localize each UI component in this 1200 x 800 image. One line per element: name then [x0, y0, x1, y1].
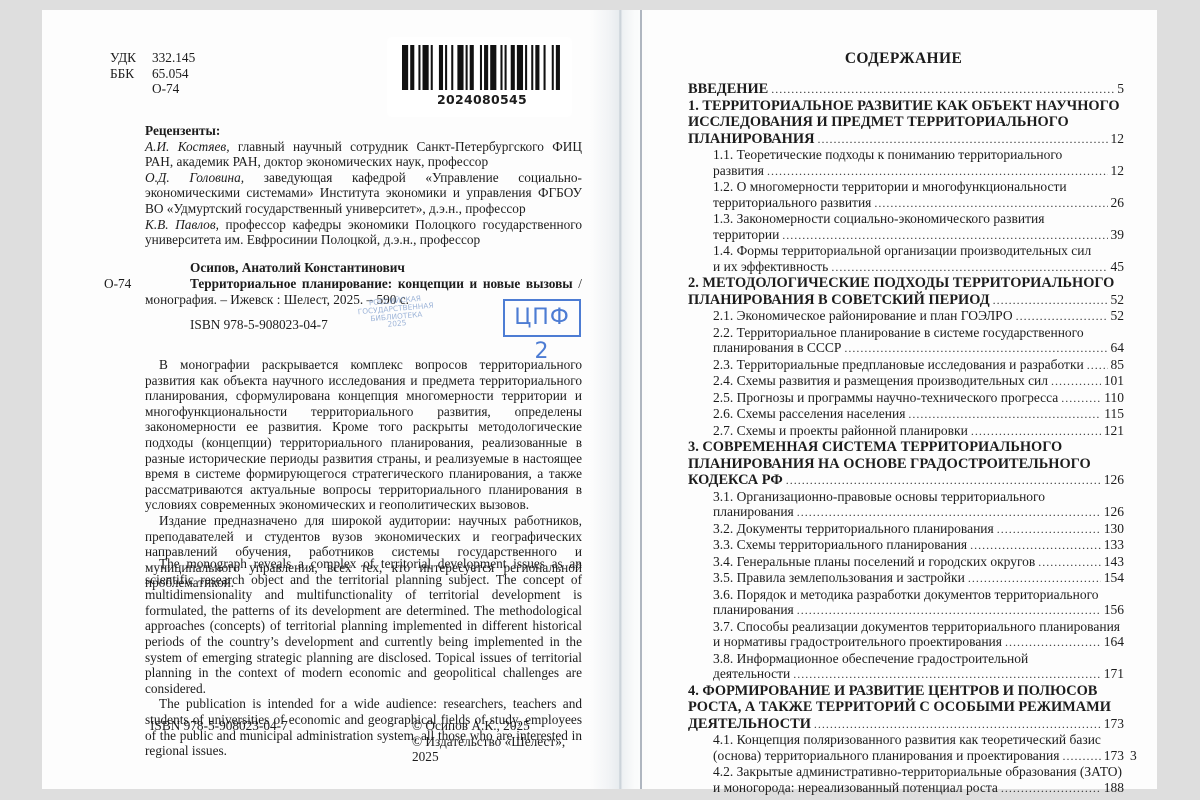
toc-entry-last-line: 2.4. Схемы развития и размещения произво… [713, 373, 1124, 390]
toc-section: 3.1. Организационно-правовые основы терр… [688, 489, 1124, 521]
toc-entry-text: и моногорода: нереализованный потенциал … [713, 780, 998, 796]
table-of-contents: ВВЕДЕНИЕ51. ТЕРРИТОРИАЛЬНОЕ РАЗВИТИЕ КАК… [688, 81, 1124, 796]
toc-entry-text: 2.4. Схемы развития и размещения произво… [713, 373, 1048, 389]
toc-page-number: 130 [1104, 521, 1124, 537]
toc-leader-dots [993, 292, 1108, 309]
toc-page-number: 110 [1104, 390, 1124, 406]
toc-entry-last-line: развития12 [713, 163, 1124, 180]
toc-entry-line: 3.1. Организационно-правовые основы терр… [713, 489, 1124, 505]
toc-section: 1.3. Закономерности социально-экономичес… [688, 211, 1124, 243]
toc-section: 4.2. Закрытые административно-территориа… [688, 764, 1124, 796]
toc-entry-last-line: 3.2. Документы территориального планиров… [713, 521, 1124, 538]
abstract-paragraph: В монографии раскрывается комплекс вопро… [145, 357, 582, 513]
toc-entry-line: 4.1. Концепция поляризованного развития … [713, 732, 1124, 748]
toc-section: 3.5. Правила землепользования и застройк… [688, 570, 1124, 587]
toc-entry-line: ИССЛЕДОВАНИЯ И ПРЕДМЕТ ТЕРРИТОРИАЛЬНОГО [688, 114, 1124, 131]
reviewer-entry: К.В. Павлов, профессор кафедры экономики… [145, 217, 582, 248]
toc-entry-last-line: планирования126 [713, 504, 1124, 521]
toc-section: 3.2. Документы территориального планиров… [688, 521, 1124, 538]
toc-page-number: 101 [1104, 373, 1124, 389]
toc-entry-text: и их эффективность [713, 259, 828, 275]
book-title: Территориальное планирование: концепции … [190, 276, 573, 291]
toc-entry-text: 2.7. Схемы и проекты районной планировки [713, 423, 968, 439]
toc-section: 1.4. Формы территориальной организации п… [688, 243, 1124, 275]
toc-entry-last-line: планирования в СССР64 [713, 340, 1124, 357]
classification-row: УДК332.145 [110, 50, 195, 66]
toc-page-number: 115 [1104, 406, 1124, 422]
toc-page-number: 12 [1111, 131, 1125, 148]
toc-entry-text: ПЛАНИРОВАНИЯ В СОВЕТСКИЙ ПЕРИОД [688, 292, 990, 309]
toc-section: 3.6. Порядок и методика разработки докум… [688, 587, 1124, 619]
toc-entry-text: 3.2. Документы территориального планиров… [713, 521, 994, 537]
toc-entry-text: территории [713, 227, 779, 243]
toc-leader-dots [1038, 555, 1100, 571]
toc-page-number: 154 [1104, 570, 1124, 586]
reviewers-block: Рецензенты: А.И. Костяев, главный научны… [145, 123, 582, 248]
toc-entry-text: 3.4. Генеральные планы поселений и город… [713, 554, 1035, 570]
toc-entry-line: 4. ФОРМИРОВАНИЕ И РАЗВИТИЕ ЦЕНТРОВ И ПОЛ… [688, 683, 1124, 700]
toc-page-number: 173 [1104, 716, 1124, 733]
toc-entry-text: планирования в СССР [713, 340, 841, 356]
toc-entry-last-line: 3.5. Правила землепользования и застройк… [713, 570, 1124, 587]
reviewers-heading: Рецензенты: [145, 123, 582, 139]
toc-leader-dots [1005, 635, 1101, 651]
toc-entry-last-line: 3.4. Генеральные планы поселений и город… [713, 554, 1124, 571]
reviewer-entry: А.И. Костяев, главный научный сотрудник … [145, 139, 582, 170]
toc-entry-last-line: ВВЕДЕНИЕ5 [688, 81, 1124, 98]
toc-entry-text: 3.5. Правила землепользования и застройк… [713, 570, 965, 586]
toc-entry-line: РОСТА, А ТАКЖЕ ТЕРРИТОРИЙ С ОСОБЫМИ РЕЖИ… [688, 699, 1124, 716]
catalog-code: О-74 [104, 276, 131, 292]
toc-entry-line: 2.2. Территориальное планирование в сист… [713, 325, 1124, 341]
toc-page-number: 39 [1111, 227, 1125, 243]
toc-entry-text: ПЛАНИРОВАНИЯ [688, 131, 814, 148]
toc-leader-dots [797, 603, 1101, 619]
toc-entry-last-line: территории39 [713, 227, 1124, 244]
toc-leader-dots [968, 571, 1101, 587]
toc-entry-last-line: ПЛАНИРОВАНИЯ12 [688, 131, 1124, 148]
reviewer-entry: О.Д. Головина, заведующая кафедрой «Упра… [145, 170, 582, 217]
toc-section: 2.6. Схемы расселения населения115 [688, 406, 1124, 423]
toc-entry-last-line: 2.1. Экономическое районирование и план … [713, 308, 1124, 325]
toc-entry-text: 3.3. Схемы территориального планирования [713, 537, 967, 553]
toc-page-number: 64 [1111, 340, 1125, 356]
toc-page-number: 173 [1104, 748, 1124, 764]
toc-entry-text: деятельности [713, 666, 790, 682]
toc-entry-last-line: 2.5. Прогнозы и программы научно-техниче… [713, 390, 1124, 407]
barcode-number: 2024080545 [387, 92, 577, 108]
toc-entry-last-line: территориального развития26 [713, 195, 1124, 212]
toc-chapter: 2. МЕТОДОЛОГИЧЕСКИЕ ПОДХОДЫ ТЕРРИТОРИАЛЬ… [688, 275, 1124, 308]
toc-entry-last-line: КОДЕКСА РФ126 [688, 472, 1124, 489]
barcode-icon [402, 45, 562, 90]
toc-entry-text: КОДЕКСА РФ [688, 472, 783, 489]
toc-entry-last-line: деятельности171 [713, 666, 1124, 683]
toc-leader-dots [970, 538, 1101, 554]
toc-page-number: 126 [1104, 504, 1124, 520]
toc-section: 3.7. Способы реализации документов терри… [688, 619, 1124, 651]
toc-entry-last-line: 2.3. Территориальные предплановые исслед… [713, 357, 1124, 374]
toc-entry-last-line: ДЕЯТЕЛЬНОСТИ173 [688, 716, 1124, 733]
isbn-footer: ISBN 978-5-908023-04-7 [150, 718, 288, 734]
toc-entry-line: 3. СОВРЕМЕННАЯ СИСТЕМА ТЕРРИТОРИАЛЬНОГО [688, 439, 1124, 456]
classification-row: О-74 [110, 81, 195, 97]
toc-leader-dots [782, 228, 1107, 244]
toc-leader-dots [997, 522, 1101, 538]
toc-entry-text: территориального развития [713, 195, 871, 211]
toc-entry-line: 4.2. Закрытые административно-территориа… [713, 764, 1124, 780]
toc-entry-last-line: планирования156 [713, 602, 1124, 619]
copyright-author: © Осипов А.К., 2025 [412, 718, 590, 734]
toc-leader-dots [1051, 374, 1101, 390]
toc-section: 1.1. Теоретические подходы к пониманию т… [688, 147, 1124, 179]
toc-entry-line: 1.2. О многомерности территории и многоф… [713, 179, 1124, 195]
toc-leader-dots [844, 341, 1107, 357]
toc-entry-text: планирования [713, 602, 794, 618]
toc-chapter: 4. ФОРМИРОВАНИЕ И РАЗВИТИЕ ЦЕНТРОВ И ПОЛ… [688, 683, 1124, 733]
toc-section: 4.1. Концепция поляризованного развития … [688, 732, 1124, 764]
toc-entry-line: 2. МЕТОДОЛОГИЧЕСКИЕ ПОДХОДЫ ТЕРРИТОРИАЛЬ… [688, 275, 1124, 292]
toc-entry-line: 1.4. Формы территориальной организации п… [713, 243, 1124, 259]
toc-entry-text: 2.1. Экономическое районирование и план … [713, 308, 1013, 324]
barcode-label: 2024080545 [387, 37, 572, 117]
toc-section: 2.4. Схемы развития и размещения произво… [688, 373, 1124, 390]
toc-page-number: 12 [1111, 163, 1125, 179]
toc-leader-dots [817, 131, 1107, 148]
toc-section: 3.8. Информационное обеспечение градостр… [688, 651, 1124, 683]
toc-section: 3.4. Генеральные планы поселений и город… [688, 554, 1124, 571]
toc-entry-line: 1.1. Теоретические подходы к пониманию т… [713, 147, 1124, 163]
toc-entry-line: 3.8. Информационное обеспечение градостр… [713, 651, 1124, 667]
left-page-imprint: УДК332.145 ББК65.054 О-74 2024080545 Рец… [42, 10, 590, 789]
toc-page-number: 121 [1104, 423, 1124, 439]
toc-chapter: 1. ТЕРРИТОРИАЛЬНОЕ РАЗВИТИЕ КАК ОБЪЕКТ Н… [688, 98, 1124, 148]
toc-entry-text: 2.5. Прогнозы и программы научно-техниче… [713, 390, 1058, 406]
author-name: Осипов, Анатолий Константинович [190, 260, 405, 276]
toc-leader-dots [1061, 391, 1101, 407]
toc-page-number: 26 [1111, 195, 1125, 211]
toc-entry-text: 2.3. Территориальные предплановые исслед… [713, 357, 1084, 373]
toc-page-number: 143 [1104, 554, 1124, 570]
toc-entry-text: и нормативы градостроительного проектиро… [713, 634, 1002, 650]
toc-entry-line: 3.7. Способы реализации документов терри… [713, 619, 1124, 635]
toc-chapter: 3. СОВРЕМЕННАЯ СИСТЕМА ТЕРРИТОРИАЛЬНОГОП… [688, 439, 1124, 489]
toc-section: 2.1. Экономическое районирование и план … [688, 308, 1124, 325]
toc-leader-dots [797, 505, 1101, 521]
toc-leader-dots [1001, 781, 1101, 797]
classification-codes: УДК332.145 ББК65.054 О-74 [110, 50, 195, 97]
toc-title: СОДЕРЖАНИЕ [650, 50, 1157, 68]
toc-entry-text: развития [713, 163, 764, 179]
toc-page-number: 188 [1104, 780, 1124, 796]
toc-entry-last-line: 2.6. Схемы расселения населения115 [713, 406, 1124, 423]
toc-page-number: 164 [1104, 634, 1124, 650]
toc-leader-dots [771, 81, 1114, 98]
binding-spine-line [640, 10, 642, 789]
copyright-publisher: © Издательство «Шелест», 2025 [412, 734, 590, 765]
toc-leader-dots [1016, 309, 1108, 325]
toc-page-number: 126 [1104, 472, 1124, 489]
toc-leader-dots [767, 164, 1107, 180]
toc-section: 2.7. Схемы и проекты районной планировки… [688, 423, 1124, 440]
toc-entry-last-line: и моногорода: нереализованный потенциал … [713, 780, 1124, 797]
toc-entry-text: ДЕЯТЕЛЬНОСТИ [688, 716, 811, 733]
toc-entry-line: ПЛАНИРОВАНИЯ НА ОСНОВЕ ГРАДОСТРОИТЕЛЬНОГ… [688, 456, 1124, 473]
toc-page-number: 156 [1104, 602, 1124, 618]
toc-leader-dots [1087, 358, 1108, 374]
toc-entry-last-line: и их эффективность45 [713, 259, 1124, 276]
toc-entry-text: (основа) территориального планирования и… [713, 748, 1059, 764]
toc-leader-dots [1062, 749, 1100, 765]
abstract-paragraph: The monograph reveals a complex of terri… [145, 556, 582, 696]
cpf-stamp: ЦПФ 2 [503, 299, 581, 337]
toc-section: 3.3. Схемы территориального планирования… [688, 537, 1124, 554]
toc-leader-dots [971, 424, 1101, 440]
toc-entry-last-line: 3.3. Схемы территориального планирования… [713, 537, 1124, 554]
isbn: ISBN 978-5-908023-04-7 [190, 317, 328, 333]
toc-leader-dots [793, 667, 1100, 683]
toc-section: 2.2. Территориальное планирование в сист… [688, 325, 1124, 357]
page-number: 3 [1130, 748, 1137, 764]
right-page-contents: СОДЕРЖАНИЕ ВВЕДЕНИЕ51. ТЕРРИТОРИАЛЬНОЕ Р… [650, 10, 1157, 789]
toc-leader-dots [786, 472, 1101, 489]
toc-entry-last-line: ПЛАНИРОВАНИЯ В СОВЕТСКИЙ ПЕРИОД52 [688, 292, 1124, 309]
toc-chapter: ВВЕДЕНИЕ5 [688, 81, 1124, 98]
toc-entry-text: ВВЕДЕНИЕ [688, 81, 768, 98]
toc-leader-dots [831, 260, 1107, 276]
toc-page-number: 52 [1111, 292, 1125, 309]
toc-entry-text: 2.6. Схемы расселения населения [713, 406, 905, 422]
toc-page-number: 45 [1111, 259, 1125, 275]
toc-page-number: 171 [1104, 666, 1124, 682]
toc-page-number: 85 [1111, 357, 1125, 373]
copyright-block: © Осипов А.К., 2025 © Издательство «Шеле… [412, 718, 590, 765]
toc-entry-last-line: (основа) территориального планирования и… [713, 748, 1124, 765]
toc-section: 1.2. О многомерности территории и многоф… [688, 179, 1124, 211]
toc-entry-line: 3.6. Порядок и методика разработки докум… [713, 587, 1124, 603]
toc-section: 2.3. Территориальные предплановые исслед… [688, 357, 1124, 374]
book-spread: УДК332.145 ББК65.054 О-74 2024080545 Рец… [42, 10, 1157, 789]
toc-entry-text: планирования [713, 504, 794, 520]
toc-page-number: 52 [1111, 308, 1125, 324]
toc-page-number: 5 [1117, 81, 1124, 98]
classification-row: ББК65.054 [110, 66, 195, 82]
toc-leader-dots [814, 716, 1101, 733]
toc-page-number: 133 [1104, 537, 1124, 553]
toc-leader-dots [874, 196, 1107, 212]
toc-entry-line: 1. ТЕРРИТОРИАЛЬНОЕ РАЗВИТИЕ КАК ОБЪЕКТ Н… [688, 98, 1124, 115]
toc-entry-last-line: и нормативы градостроительного проектиро… [713, 634, 1124, 651]
toc-section: 2.5. Прогнозы и программы научно-техниче… [688, 390, 1124, 407]
toc-leader-dots [908, 407, 1101, 423]
toc-entry-last-line: 2.7. Схемы и проекты районной планировки… [713, 423, 1124, 440]
toc-entry-line: 1.3. Закономерности социально-экономичес… [713, 211, 1124, 227]
